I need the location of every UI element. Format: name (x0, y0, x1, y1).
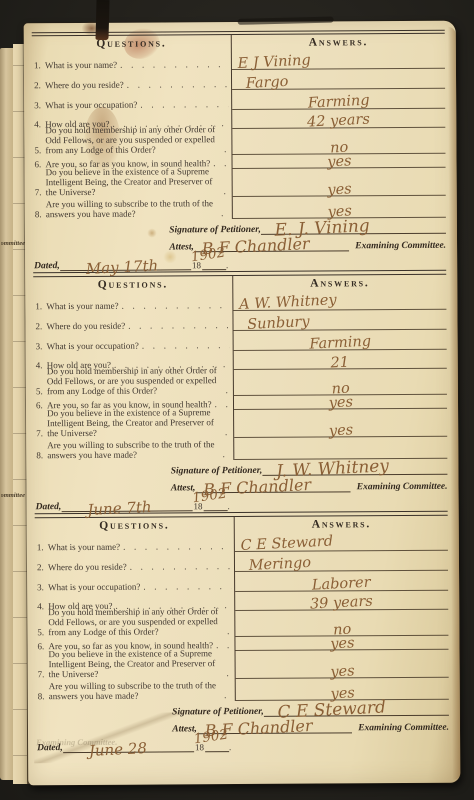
question-text: Where do you reside? (45, 80, 124, 91)
questions-header: Questions. (33, 276, 233, 293)
question-text: What is your occupation? (47, 340, 139, 351)
examining-committee-label: Examining Committee. (357, 482, 448, 493)
question-number: 3. (36, 341, 47, 351)
question-text: Do you believe in the existence of a Sup… (47, 407, 222, 439)
question-number: 4. (37, 601, 48, 611)
answers-header-label: Answers. (310, 277, 369, 289)
document-page: Examining Committee. Questions. Answers.… (24, 21, 461, 786)
answer-occupation: Laborer (235, 571, 448, 592)
dot-leader: . . . . . . . . . . . . . . . . . . . . … (221, 690, 232, 700)
questions-header: Questions. (32, 35, 232, 52)
answers-header: Answers. (234, 275, 447, 292)
date-line: May 17th (60, 251, 191, 271)
dot-leader: . . . . . . . . . . . . . . . . . . . . … (223, 385, 231, 395)
answer-truth (235, 437, 448, 460)
question-belief: 7.Do you believe in the existence of a S… (34, 410, 234, 439)
question-text: What is your occupation? (45, 99, 137, 110)
question-number: 1. (37, 542, 48, 552)
question-membership: 5.Do you hold membership in any other Or… (32, 129, 232, 156)
year-handwritten: 1902 (190, 244, 226, 265)
year-group: 181902. (194, 739, 231, 752)
question-number: 5. (34, 145, 45, 155)
answer-health: yes (236, 636, 449, 651)
answer-membership: no (234, 369, 447, 396)
year-group: 181902. (192, 498, 229, 511)
dot-leader: . . . . . . . . . . . . . . . . . . . . … (222, 427, 231, 437)
question-text: Are you willing to subscribe to the trut… (46, 198, 218, 219)
date-handwritten: June 7th (87, 498, 152, 519)
answer-age: 39 years (235, 591, 448, 611)
question-number: 1. (34, 60, 45, 70)
question-number: 8. (36, 450, 47, 460)
dated-label: Dated, (37, 743, 63, 753)
question-number: 4. (36, 360, 47, 370)
question-number: 7. (38, 669, 49, 679)
question-number: 3. (34, 100, 45, 110)
answer-membership: no (236, 610, 449, 637)
question-number: 4. (34, 119, 45, 129)
answer-residence: Meringo (235, 551, 448, 572)
answers-header: Answers. (232, 34, 445, 51)
question-name: 1.What is your name?. . . . . . . . . . … (35, 533, 235, 553)
answer-membership: no (233, 128, 446, 155)
dated-row: Dated, June 7th 181902. (36, 493, 230, 512)
answer-health: yes (234, 395, 447, 410)
date-handwritten: May 17th (85, 256, 158, 278)
question-text: Do you hold membership in any other Orde… (48, 606, 224, 638)
answer-belief: yes (236, 650, 449, 679)
photograph-of-ledger: { "form_template": { "questions_header":… (0, 0, 474, 800)
signature-line: E. J. Vining (261, 217, 446, 235)
question-text: Do you believe in the existence of a Sup… (46, 166, 221, 198)
answer-occupation: Farming (232, 89, 445, 110)
dated-label: Dated, (36, 502, 62, 512)
question-number: 8. (38, 691, 49, 701)
year-line: 1902 (203, 498, 227, 511)
book-page-edges: ing Committee. Committee. (0, 44, 27, 786)
year-group: 181902. (191, 257, 228, 270)
year-handwritten: 1902 (191, 485, 227, 506)
answer-belief: yes (233, 168, 446, 197)
dot-leader: . . . . . . . . . . . . . . . . . . . . … (218, 208, 229, 218)
adjacent-page-text-fragment: Committee. (1, 492, 25, 499)
page-edge-strip (0, 48, 14, 780)
answer-residence: Fargo (232, 69, 445, 90)
question-text: Do you hold membership in any other Orde… (45, 124, 221, 156)
examining-committee-label: Examining Committee. (355, 241, 446, 252)
signature-line: J. W. Whitney (262, 458, 447, 476)
dated-label: Dated, (34, 261, 60, 271)
answers-header: Answers. (235, 516, 448, 533)
question-text: Where do you reside? (48, 562, 127, 573)
question-text: Where do you reside? (46, 321, 125, 332)
dot-leader: . . . . . . . . . . . . . . . . . . . . … (119, 300, 230, 311)
question-belief: 7.Do you believe in the existence of a S… (36, 651, 236, 680)
dot-leader: . . . . . . . . . . . . . . . . . . . . … (220, 449, 231, 459)
questions-header-label: Questions. (99, 519, 169, 531)
question-text: What is your name? (48, 542, 120, 553)
question-belief: 7.Do you believe in the existence of a S… (33, 169, 233, 198)
dot-leader: . . . . . . . . . . . . . . . . . . . . … (125, 320, 230, 331)
question-number: 6. (36, 400, 47, 410)
question-residence: 2.Where do you reside?. . . . . . . . . … (33, 311, 233, 332)
question-number: 3. (37, 582, 48, 592)
dot-leader: . . . . . . . . . . . . . . . . . . . . … (223, 668, 232, 678)
answer-truth: yes (233, 196, 446, 219)
dot-leader: . . . . . . . . . . . . . . . . . . . . … (140, 581, 231, 592)
question-text: Are you willing to subscribe to the trut… (49, 680, 221, 701)
question-answer-grid: Questions. Answers. 1.What is your name?… (33, 275, 447, 462)
question-number: 6. (35, 159, 46, 169)
dot-leader: . . . . . . . . . . . . . . . . . . . . … (137, 99, 228, 110)
dot-leader: . . . . . . . . . . . . . . . . . . . . … (124, 79, 229, 90)
examining-committee-label: Examining Committee. (358, 723, 449, 734)
question-answer-grid: Questions. Answers. 1.What is your name?… (35, 516, 449, 703)
dot-leader: . . . . . . . . . . . . . . . . . . . . … (117, 59, 228, 70)
question-number: 2. (34, 80, 45, 90)
petition-form-3: Questions. Answers. 1.What is your name?… (35, 511, 449, 754)
date-line: June 28 (63, 733, 194, 753)
question-name: 1.What is your name?. . . . . . . . . . … (33, 292, 233, 312)
answer-occupation: Farming (234, 330, 447, 351)
question-residence: 2.Where do you reside?. . . . . . . . . … (32, 70, 232, 91)
page-top-edge-shadow (238, 17, 334, 25)
dot-leader: . . . . . . . . . . . . . . . . . . . . … (224, 626, 232, 636)
answer-age: 42 years (233, 109, 446, 129)
question-number: 7. (36, 428, 47, 438)
question-answer-grid: Questions. Answers. 1.What is your name?… (32, 34, 446, 221)
question-text: Are you willing to subscribe to the trut… (47, 439, 219, 460)
questions-header: Questions. (35, 517, 235, 534)
question-text: What is your name? (45, 60, 117, 71)
question-number: 7. (35, 187, 46, 197)
answer-health: yes (233, 154, 446, 169)
year-line: 1902 (205, 739, 229, 752)
period: . (226, 260, 228, 270)
question-truth: 8.Are you willing to subscribe to the tr… (34, 438, 234, 461)
question-residence: 2.Where do you reside?. . . . . . . . . … (35, 552, 235, 573)
answer-name: C E Steward (235, 532, 448, 552)
answers-header-label: Answers. (309, 36, 368, 48)
answer-truth: yes (236, 678, 449, 701)
question-truth: 8.Are you willing to subscribe to the tr… (36, 679, 236, 702)
question-text: What is your name? (46, 301, 118, 312)
dot-leader: . . . . . . . . . . . . . . . . . . . . … (120, 541, 231, 552)
question-membership: 5.Do you hold membership in any other Or… (35, 611, 235, 638)
question-occupation: 3.What is your occupation?. . . . . . . … (32, 90, 232, 111)
question-occupation: 3.What is your occupation?. . . . . . . … (34, 331, 234, 352)
dated-row: Dated, May 17th 181902. (34, 252, 228, 271)
question-text: What is your occupation? (48, 581, 140, 592)
dot-leader: . . . . . . . . . . . . . . . . . . . . … (127, 561, 232, 572)
answer-name: A W. Whitney (234, 291, 447, 311)
question-membership: 5.Do you hold membership in any other Or… (34, 370, 234, 397)
period: . (227, 501, 229, 511)
dot-leader: . . . . . . . . . . . . . . . . . . . . … (139, 340, 230, 351)
answer-age: 21 (234, 350, 447, 370)
question-number: 5. (36, 386, 47, 396)
question-number: 2. (37, 562, 48, 572)
petition-form-2: Questions. Answers. 1.What is your name?… (33, 270, 447, 513)
petition-forms: Questions. Answers. 1.What is your name?… (32, 30, 449, 755)
signature-line: C E Steward (264, 699, 449, 717)
year-line: 1902 (202, 257, 226, 270)
question-number: 6. (37, 641, 48, 651)
bookmark-ribbon (95, 0, 109, 40)
question-number: 5. (37, 627, 48, 637)
adjacent-page-text-fragment: ing Committee. (1, 240, 25, 247)
question-number: 1. (35, 301, 46, 311)
year-handwritten: 1902 (193, 726, 229, 747)
questions-header-label: Questions. (98, 278, 168, 290)
date-handwritten: June 28 (88, 739, 147, 760)
question-truth: 8.Are you willing to subscribe to the tr… (33, 197, 233, 220)
question-name: 1.What is your name?. . . . . . . . . . … (32, 51, 232, 71)
period: . (229, 742, 231, 752)
question-number: 2. (35, 321, 46, 331)
dot-leader: . . . . . . . . . . . . . . . . . . . . … (221, 186, 230, 196)
dated-row: Dated, June 28 181902. (37, 734, 231, 753)
question-occupation: 3.What is your occupation?. . . . . . . … (35, 572, 235, 593)
answers-header-label: Answers. (312, 518, 371, 530)
petition-form-1: Questions. Answers. 1.What is your name?… (32, 30, 446, 272)
question-text: Do you believe in the existence of a Sup… (48, 648, 223, 680)
date-line: June 7th (61, 492, 192, 512)
answer-belief: yes (234, 409, 447, 438)
answer-residence: Sunbury (234, 310, 447, 331)
answer-name: E J Vining (232, 50, 445, 70)
page-edge (448, 27, 461, 780)
dot-leader: . . . . . . . . . . . . . . . . . . . . … (221, 144, 229, 154)
question-number: 8. (35, 209, 46, 219)
question-text: Do you hold membership in any other Orde… (47, 365, 223, 397)
